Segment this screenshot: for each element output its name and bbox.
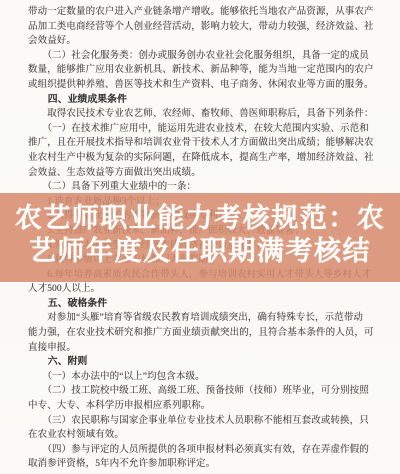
text-line: （三）农民职称与国家企事业单位专业技术人员职称不能相互套改或转换，只 xyxy=(28,414,376,429)
text-line: 会效益、生态效益等方面做出突出成绩。 xyxy=(28,166,376,181)
overlay-title-line-2: 艺师年度及任职期满考核结 xyxy=(0,235,400,268)
text-line: 带动一定数量的农户进入产业链条增产增收。能够依托当地农产品资源，从事农产 xyxy=(28,5,376,20)
text-line: 对参加“头雁”培育等省级农民教育培训成绩突出，确有特殊专长，示范带动 xyxy=(28,311,376,326)
text-line: 业农村生产中极为复杂的实际问题，在降低成本，提高生产率，增加经济效益、社 xyxy=(28,151,376,166)
text-line: 六、附则 xyxy=(28,355,376,370)
text-line: 会效益好。 xyxy=(28,34,376,49)
text-line: 人才500人以上。 xyxy=(28,282,376,297)
text-line: 推广，且在开展技术指导和培训农业骨干技术人才方面做出突出成绩；能够解决农 xyxy=(28,136,376,151)
text-line: 五、破格条件 xyxy=(28,297,376,312)
document-page: 带动一定数量的农户进入产业链条增产增收。能够依托当地农产品资源，从事农产品加工类… xyxy=(0,0,400,474)
text-line: 数量，能够推广应用农业新机具、新技术、新品种等，能为当地一定范围内的农户 xyxy=(28,63,376,78)
title-overlay: 农艺师职业能力考核规范：农 艺师年度及任职期满考核结 xyxy=(0,193,400,282)
text-line: （一）本办法中的“以上”均包含本级。 xyxy=(28,370,376,385)
text-line: 直接申报。 xyxy=(28,341,376,356)
text-line: 能力强，在农业技术研究和推广方面业绩贡献突出的，且符合基本条件的人员，可 xyxy=(28,326,376,341)
text-line: （一）在技术推广应用中，能运用先进农业技术，在较大范围内实验、示范和 xyxy=(28,122,376,137)
text-line: 或组织提供种养殖、兽医等技术和生产资料、电子商务、休闲农业等方面的服务。 xyxy=(28,78,376,93)
text-line: 在农业农村领域有效。 xyxy=(28,428,376,443)
text-line: （二）技工院校中级工班、高级工班、预备技师（技师）班毕业，可分别按照 xyxy=(28,384,376,399)
text-line: 品加工类电商经营等个人创业经营活动，影响力较大，带动力较强，经济效益、社 xyxy=(28,20,376,35)
text-line: 中专、大专、本科学历申报相应系列职称。 xyxy=(28,399,376,414)
text-line: （二）社会化服务类：创办或服务创办农业社会化服务组织，具备一定的成员 xyxy=(28,49,376,64)
text-line: 四、业绩成果条件 xyxy=(28,93,376,108)
text-line: 取得农民技术专业农艺师、农经师、畜牧师、兽医师职称后，具备下列条件： xyxy=(28,107,376,122)
text-line: 取消参评资格，5年内不允许参加职称评定。 xyxy=(28,457,376,472)
overlay-title-line-1: 农艺师职业能力考核规范：农 xyxy=(0,202,400,235)
overlay-title: 农艺师职业能力考核规范：农 艺师年度及任职期满考核结 xyxy=(0,202,400,267)
text-line: （四）参与评定的人员所提供的各项申报材料必须真实有效，存在弄虚作假的 xyxy=(28,443,376,458)
